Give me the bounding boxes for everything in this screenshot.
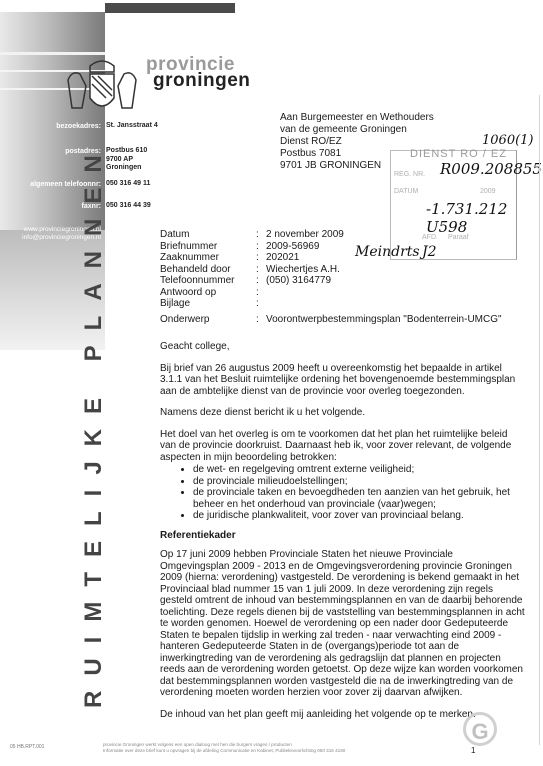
stamp-date-value: 2009 xyxy=(480,188,496,195)
handwritten-reg-number: R009.2088557 xyxy=(440,160,543,178)
stamp-reg-label: REG. NR. xyxy=(394,171,425,178)
letter-body: Geacht college, Bij brief van 26 augustu… xyxy=(160,341,525,730)
page-number: 1 xyxy=(471,746,475,755)
visit-address-value: St. Jansstraat 4 xyxy=(106,122,158,131)
paragraph: Namens deze dienst bericht ik u het volg… xyxy=(160,407,525,419)
coat-of-arms-icon xyxy=(62,56,142,118)
section-heading: Referentiekader xyxy=(160,530,525,542)
meta-row: Datum:2 november 2009 xyxy=(160,229,502,241)
paragraph: Op 17 juni 2009 hebben Provinciale State… xyxy=(160,549,525,699)
list-item: de provinciale taken en bevoegdheden ten… xyxy=(193,487,525,510)
paragraph: Bij brief van 26 augustus 2009 heeft u o… xyxy=(160,363,525,398)
meta-row: Behandeld door:Wiechertjes A.H. xyxy=(160,264,502,276)
logo-groningen: groningen xyxy=(153,70,250,92)
meta-row: Zaaknummer:202021 xyxy=(160,252,502,264)
scan-edge-line xyxy=(539,95,540,745)
list-item: de juridische plankwaliteit, voor zover … xyxy=(193,510,525,522)
meta-row: Telefoonnummer:(050) 3164779 xyxy=(160,275,502,287)
stamp-date-label: DATUM xyxy=(394,188,418,195)
paragraph: Het doel van het overleg is om te voorko… xyxy=(160,429,525,464)
salutation: Geacht college, xyxy=(160,341,525,353)
postal-address-value: Postbus 610 9700 AP Groningen xyxy=(106,147,147,173)
phone-value: 050 316 49 11 xyxy=(106,180,150,189)
g-logo-icon: G xyxy=(463,712,497,746)
aspects-list: de wet- en regelgeving omtrent externe v… xyxy=(160,464,525,522)
meta-row: Briefnummer:2009-56969 xyxy=(160,241,502,253)
department-vertical-title: RUIMTELIJKE PLANNEN xyxy=(80,250,110,710)
visit-address-label: bezoekadres: xyxy=(0,123,101,130)
list-item: de wet- en regelgeving omtrent externe v… xyxy=(193,464,525,476)
list-item: de provinciale milieudoelstellingen; xyxy=(193,476,525,488)
meta-row: Antwoord op: xyxy=(160,287,502,299)
letterhead-top-bar xyxy=(105,3,235,13)
meta-row: Bijlage: xyxy=(160,298,502,310)
footer-form-code: 05 HB.RPT.001 xyxy=(10,744,44,750)
footer-text: provincie Groningen werkt volgens een op… xyxy=(103,742,433,754)
meta-row-subject: Onderwerp:Voorontwerpbestemmingsplan "Bo… xyxy=(160,314,502,326)
fax-value: 050 316 44 39 xyxy=(106,202,151,211)
handwritten-number: 1060(1) xyxy=(482,133,534,148)
stamp-title: DIENST RO / EZ xyxy=(410,148,507,160)
letter-metadata: Datum:2 november 2009 Briefnummer:2009-5… xyxy=(160,229,502,325)
